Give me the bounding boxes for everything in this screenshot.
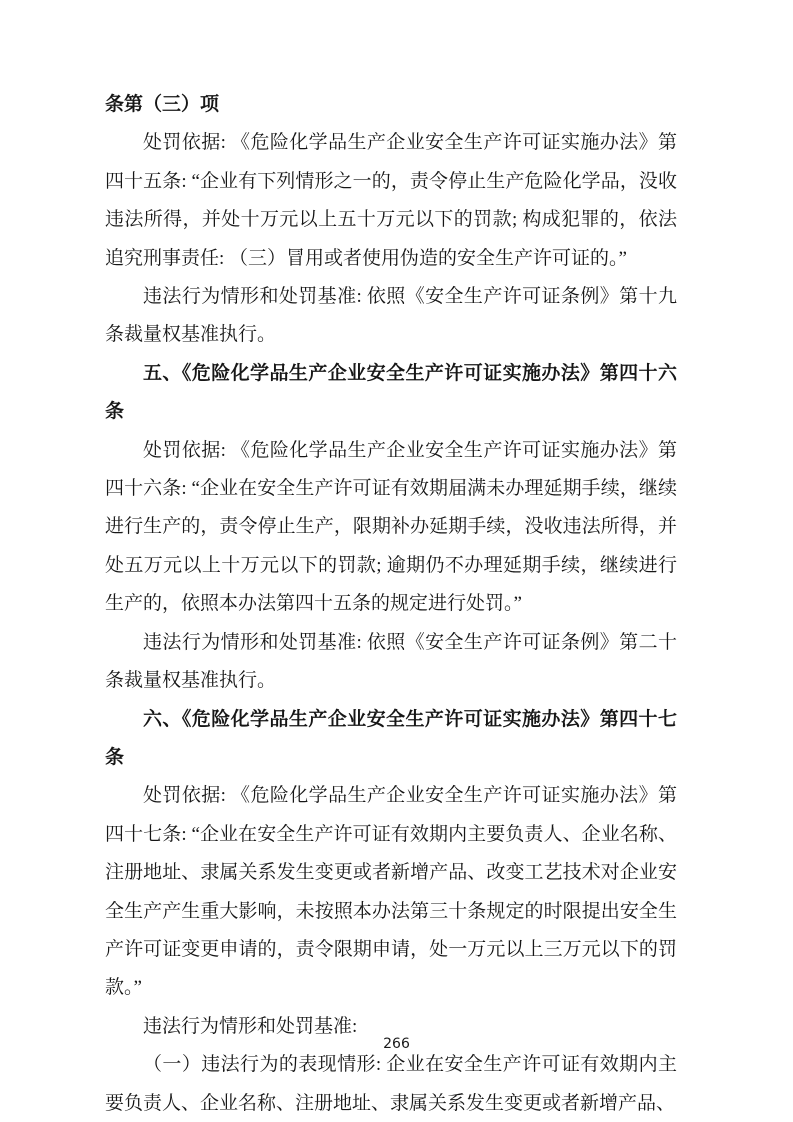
section-heading-article-46: 五、《危险化学品生产企业安全生产许可证实施办法》第四十六条 bbox=[105, 355, 677, 432]
paragraph-violation-standard-article-45: 违法行为情形和处罚基准: 依照《安全生产许可证条例》第十九条裁量权基准执行。 bbox=[105, 278, 677, 355]
section-heading-continuation: 条第（三）项 bbox=[105, 86, 677, 124]
document-page: 条第（三）项 处罚依据: 《危险化学品生产企业安全生产许可证实施办法》第四十五条… bbox=[0, 0, 793, 1122]
paragraph-violation-standard-article-46: 违法行为情形和处罚基准: 依照《安全生产许可证条例》第二十条裁量权基准执行。 bbox=[105, 624, 677, 701]
paragraph-penalty-basis-article-45: 处罚依据: 《危险化学品生产企业安全生产许可证实施办法》第四十五条: “企业有下… bbox=[105, 124, 677, 278]
page-content: 条第（三）项 处罚依据: 《危险化学品生产企业安全生产许可证实施办法》第四十五条… bbox=[105, 86, 677, 1122]
page-number: 266 bbox=[0, 1036, 793, 1052]
section-heading-article-47: 六、《危险化学品生产企业安全生产许可证实施办法》第四十七条 bbox=[105, 701, 677, 778]
paragraph-violation-item-1: （一）违法行为的表现情形: 企业在安全生产许可证有效期内主要负责人、企业名称、注… bbox=[105, 1046, 677, 1122]
paragraph-penalty-basis-article-46: 处罚依据: 《危险化学品生产企业安全生产许可证实施办法》第四十六条: “企业在安… bbox=[105, 432, 677, 624]
paragraph-penalty-basis-article-47: 处罚依据: 《危险化学品生产企业安全生产许可证实施办法》第四十七条: “企业在安… bbox=[105, 777, 677, 1007]
